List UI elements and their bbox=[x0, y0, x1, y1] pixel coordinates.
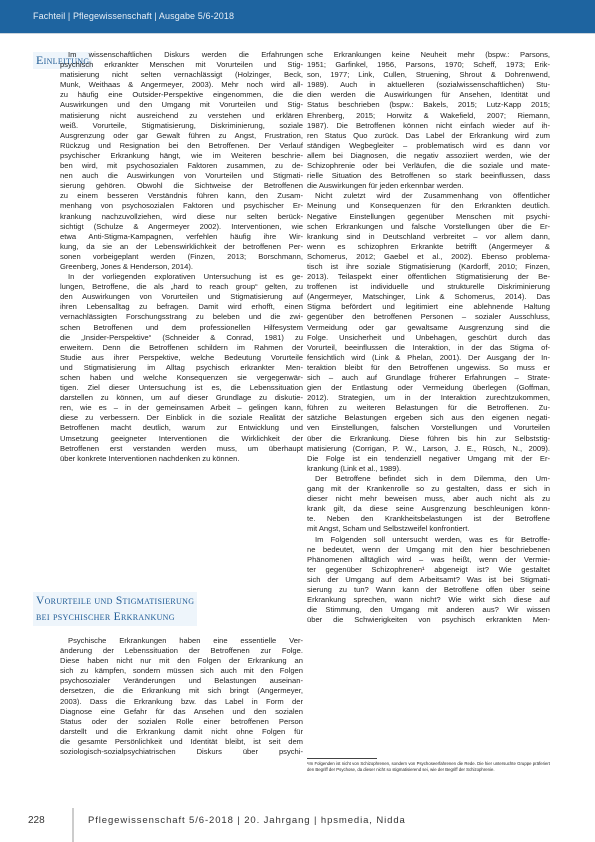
text-line: Munk, Weithaas & Angermeyer, 2003). Mehr… bbox=[60, 80, 303, 90]
text-line: ren, wie es – in der gemeinsamen Arbeit … bbox=[60, 403, 303, 413]
text-line: über konkrete Interventionen nachdenken … bbox=[60, 454, 303, 464]
text-line: Greenberg, Jones & Henderson, 2014). bbox=[60, 262, 303, 272]
text-line: 2013). Teilaspekt einer öffentlichen Sti… bbox=[307, 272, 550, 282]
text-line: Der Betroffene befindet sich in dem Dile… bbox=[307, 474, 550, 484]
text-line: kung, da sie an der Lebenswirklichkeit d… bbox=[60, 242, 303, 252]
footnote: ¹Im Folgenden ist nicht von Schizophrene… bbox=[307, 761, 550, 772]
footer-divider bbox=[72, 808, 74, 842]
text-line: Schomerus, 2012; Gaebel et al., 2002). E… bbox=[307, 252, 550, 262]
text-line: Betroffenen macht deutlich, warum zur En… bbox=[60, 423, 303, 433]
text-line: Folge. Unsicherheit und Unbehagen, gesch… bbox=[307, 333, 550, 343]
text-line: 1989). Auch in aktuelleren (sozialwissen… bbox=[307, 80, 550, 90]
text-line: 1987). Die Betroffenen können nicht einf… bbox=[307, 121, 550, 131]
section-heading-vorurteile: Vorurteile und Stigmatisierung bei psych… bbox=[33, 592, 197, 626]
footnote-divider bbox=[307, 758, 377, 759]
text-line: Psychische Erkrankungen haben eine essen… bbox=[60, 636, 303, 646]
text-line: allem bei Diagnosen, die negativ assozii… bbox=[307, 151, 550, 161]
text-line: gang mit der Krankenrolle so zu gestalte… bbox=[307, 484, 550, 494]
footer-text: Pflegewissenschaft 5/6-2018 | 20. Jahrga… bbox=[88, 815, 406, 826]
text-line: ter gegenüber Schizophrenen¹ abgeneigt i… bbox=[307, 565, 550, 575]
text-line: sonen vorbeigeplant werden (Finzen, 2013… bbox=[60, 252, 303, 262]
text-line: matisierung nicht selten vernachlässigt … bbox=[60, 70, 303, 80]
text-line: Ehrenberg, 2015; Horwitz & Wakefield, 20… bbox=[307, 111, 550, 121]
text-line: weiß. Vorurteile, Stigmatisierung, Diskr… bbox=[60, 121, 303, 131]
text-line: lungen, Betroffene, die als „hard to rea… bbox=[60, 282, 303, 292]
text-line: diese zu verbessern. Der Einblick in die… bbox=[60, 413, 303, 423]
text-line: sätzliche Belastungen ergeben sich aus d… bbox=[307, 413, 550, 423]
left-column-section2: Psychische Erkrankungen haben eine essen… bbox=[60, 636, 303, 757]
text-line: 1951; Garfinkel, 1956, Parsons, 1970; Sc… bbox=[307, 60, 550, 70]
text-line: Rückzug und Resignation bei den Betroffe… bbox=[60, 141, 303, 151]
heading-line-1: Vorurteile und Stigmatisierung bbox=[36, 593, 194, 609]
text-line: Negative Einstellungen gegenüber Mensche… bbox=[307, 212, 550, 222]
text-line: den Auswirkungen von Vorurteilen und Sti… bbox=[60, 292, 303, 302]
text-line: Umsetzung geeigneter Interventionen die … bbox=[60, 434, 303, 444]
text-line: krankung sind in Deutschland verbreitet … bbox=[307, 232, 550, 242]
text-line: son, 1977; Link, Cullen, Struening, Shro… bbox=[307, 70, 550, 80]
text-line: die „Insider-Perspektive“ (Schneider & C… bbox=[60, 333, 303, 343]
text-line: matisierung nicht ausreichend zu versteh… bbox=[60, 111, 303, 121]
text-line: soziologisch-sozialpsychiatrischen Disku… bbox=[60, 747, 303, 757]
text-line: dieser nicht mehr beweisen muss, aber au… bbox=[307, 494, 550, 504]
text-line: tisch ist ihre soziale Stigmatisierung (… bbox=[307, 262, 550, 272]
text-line: schen Betroffenen und dem professionelle… bbox=[60, 323, 303, 333]
text-line: psychosozialer Veränderungen und Belastu… bbox=[60, 676, 303, 686]
text-line: dersetzen, die die Erkrankung mit sich b… bbox=[60, 686, 303, 696]
text-line: Ausgrenzung oder gar Gewalt führen zu An… bbox=[60, 131, 303, 141]
text-line: gegenüber den betroffenen Personen – soz… bbox=[307, 312, 550, 322]
text-line: krankung (Link et al., 1989). bbox=[307, 464, 550, 474]
text-line: sich der Umgang auf dem Arbeitsamt? Was … bbox=[307, 575, 550, 585]
text-line: (Angermeyer, Matschinger, Link & Schomer… bbox=[307, 292, 550, 302]
text-line: darstellt und die Erkrankung damit nicht… bbox=[60, 727, 303, 737]
right-column: sche Erkrankungen keine Neuheit mehr (bs… bbox=[307, 50, 550, 625]
text-line: zu häufig eine Outsider-Perspektive eing… bbox=[60, 90, 303, 100]
left-column-intro: Im wissenschaftlichen Diskurs werden die… bbox=[60, 50, 303, 464]
text-line: sich – auch auf Grundlage früherer Erfah… bbox=[307, 373, 550, 383]
text-line: ihren Lebensalltag zu befragen. Damit wi… bbox=[60, 302, 303, 312]
text-line: Status oder der sozialen Rolle einer bet… bbox=[60, 717, 303, 727]
heading-line-2: bei psychischer Erkrankung bbox=[36, 609, 194, 625]
text-line: Schizophrenie oder bei Verläufen, die di… bbox=[307, 161, 550, 171]
text-line: Betroffenen erst verstanden werden muss,… bbox=[60, 444, 303, 454]
text-line: Phänomenen alltäglich wird – was heißt, … bbox=[307, 555, 550, 565]
text-line: die gesamte Persönlichkeit und Identität… bbox=[60, 737, 303, 747]
text-line: sierung gehören. Obwohl die Sichtweise d… bbox=[60, 181, 303, 191]
text-line: fensichtlich wird (Link & Phelan, 2001).… bbox=[307, 353, 550, 363]
text-line: schen haben und welche Konsequenzen sie … bbox=[60, 373, 303, 383]
text-line: änderung der Lebenssituation der Betroff… bbox=[60, 646, 303, 656]
text-line: Diagnose eine Gefahr für das Ansehen und… bbox=[60, 707, 303, 717]
text-line: die Stimmung, den Umgang mit anderen aus… bbox=[307, 605, 550, 615]
text-line: über die Schwierigkeiten von psychisch e… bbox=[307, 615, 550, 625]
text-line: darstellen zu können, um auf dieser Grun… bbox=[60, 393, 303, 403]
text-line: und Stigmatisierung im Alltag psychisch … bbox=[60, 363, 303, 373]
text-line: menhang von psychosozialen Faktoren und … bbox=[60, 201, 303, 211]
text-line: te. Neben den Krankheitsbelastungen ist … bbox=[307, 514, 550, 524]
text-line: krank gilt, da diese seine Ausgrenzung b… bbox=[307, 504, 550, 514]
text-line: erweitern. Denn die Betroffenen schilder… bbox=[60, 343, 303, 353]
text-line: vernachlässigten Forschungsstrang zu bel… bbox=[60, 312, 303, 322]
text-line: Diese haben nicht nur mit den Folgen der… bbox=[60, 656, 303, 666]
text-line: Erkrankung sprechen, wann nicht? Wie wir… bbox=[307, 595, 550, 605]
text-line: sche Erkrankungen keine Neuheit mehr (bs… bbox=[307, 50, 550, 60]
text-line: sichtigt (Schulze & Angermeyer 2002). In… bbox=[60, 222, 303, 232]
text-line: ben wird, mit psychosozialen Faktoren zu… bbox=[60, 161, 303, 171]
page-number: 228 bbox=[28, 815, 45, 826]
header-title: Fachteil | Pflegewissenschaft | Ausgabe … bbox=[33, 11, 234, 21]
text-line: sierung zu tun? Wann kann der Betroffene… bbox=[307, 585, 550, 595]
text-line: nen auch die Auswirkungen von Vorurteile… bbox=[60, 171, 303, 181]
text-line: psychisch erkrankter Menschen mit Vorurt… bbox=[60, 60, 303, 70]
text-line: tigen. Ziel dieser Untersuchung ist es, … bbox=[60, 383, 303, 393]
running-header: Fachteil | Pflegewissenschaft | Ausgabe … bbox=[0, 0, 595, 34]
text-line: ständigen Wegbegleiter – problematisch w… bbox=[307, 141, 550, 151]
text-line: führen zu weiteren Belastungen für die B… bbox=[307, 403, 550, 413]
text-line: sich zu kämpfen, sondern müssen sich auc… bbox=[60, 666, 303, 676]
text-line: troffenen ist individuelle und strukture… bbox=[307, 282, 550, 292]
text-line: über die Erkrankung. Diese führen bis hi… bbox=[307, 434, 550, 444]
text-line: schen Erkrankungen und falsche Vorstellu… bbox=[307, 222, 550, 232]
text-line: Im wissenschaftlichen Diskurs werden die… bbox=[60, 50, 303, 60]
text-line: In der vorliegenden explorativen Untersu… bbox=[60, 272, 303, 282]
text-line: zu einem besseren Verständnis führen kan… bbox=[60, 191, 303, 201]
text-line: teraktion bleibt für den Betroffenen ung… bbox=[307, 363, 550, 373]
text-line: mit Angst, Scham und Selbstzweifel konfr… bbox=[307, 524, 550, 534]
text-line: matisierung (Corrigan, P. W., Larson, J.… bbox=[307, 444, 550, 454]
text-line: Auswirkungen und den Umgang mit Vorurtei… bbox=[60, 100, 303, 110]
text-line: Vermeidung oder gar gewaltsame Ausgrenzu… bbox=[307, 323, 550, 333]
text-line: Vorurteil, beeinflussen die Interaktion,… bbox=[307, 343, 550, 353]
text-line: Im Folgenden soll untersucht werden, was… bbox=[307, 535, 550, 545]
text-line: ne bedeutet, wenn der Umgang mit den hie… bbox=[307, 545, 550, 555]
text-line: rielle Situation des Betroffenen so star… bbox=[307, 171, 550, 181]
text-line: dien werden die Auswirkungen für Ansehen… bbox=[307, 90, 550, 100]
text-line: Status beschrieben (bspw.: Bakels, 2015;… bbox=[307, 100, 550, 110]
text-line: 2012). Strategien, um in der Interaktion… bbox=[307, 393, 550, 403]
text-line: die Auswirkungen für jeden erkennbar wer… bbox=[307, 181, 550, 191]
text-line: Studie aus ihrer Perspektive, welche Bed… bbox=[60, 353, 303, 363]
text-line: ren Status Quo zurück. Das Label der Erk… bbox=[307, 131, 550, 141]
text-line: Stigma befördert und legitimiert eine ab… bbox=[307, 302, 550, 312]
text-line: Meinung und Konsequenzen für den Erkrank… bbox=[307, 201, 550, 211]
text-line: psychischer Erkrankung hängt, wie im Wei… bbox=[60, 151, 303, 161]
text-line: Nicht zuletzt wird der Zusammenhang von … bbox=[307, 191, 550, 201]
text-line: wenn es schizophren Erkrankte betrifft (… bbox=[307, 242, 550, 252]
text-line: ven Einstellungen, falschen Vorstellunge… bbox=[307, 423, 550, 433]
text-line: etwa Anti-Stigma-Kampagnen, verfehlen hä… bbox=[60, 232, 303, 242]
text-line: 2003). Dass die Erkrankung bzw. das Labe… bbox=[60, 697, 303, 707]
text-line: krankung nachzuvollziehen, wird diese nu… bbox=[60, 212, 303, 222]
text-line: gien der Entlastung oder Vermeidung über… bbox=[307, 383, 550, 393]
text-line: Die Folge ist ein tendenziell negativer … bbox=[307, 454, 550, 464]
